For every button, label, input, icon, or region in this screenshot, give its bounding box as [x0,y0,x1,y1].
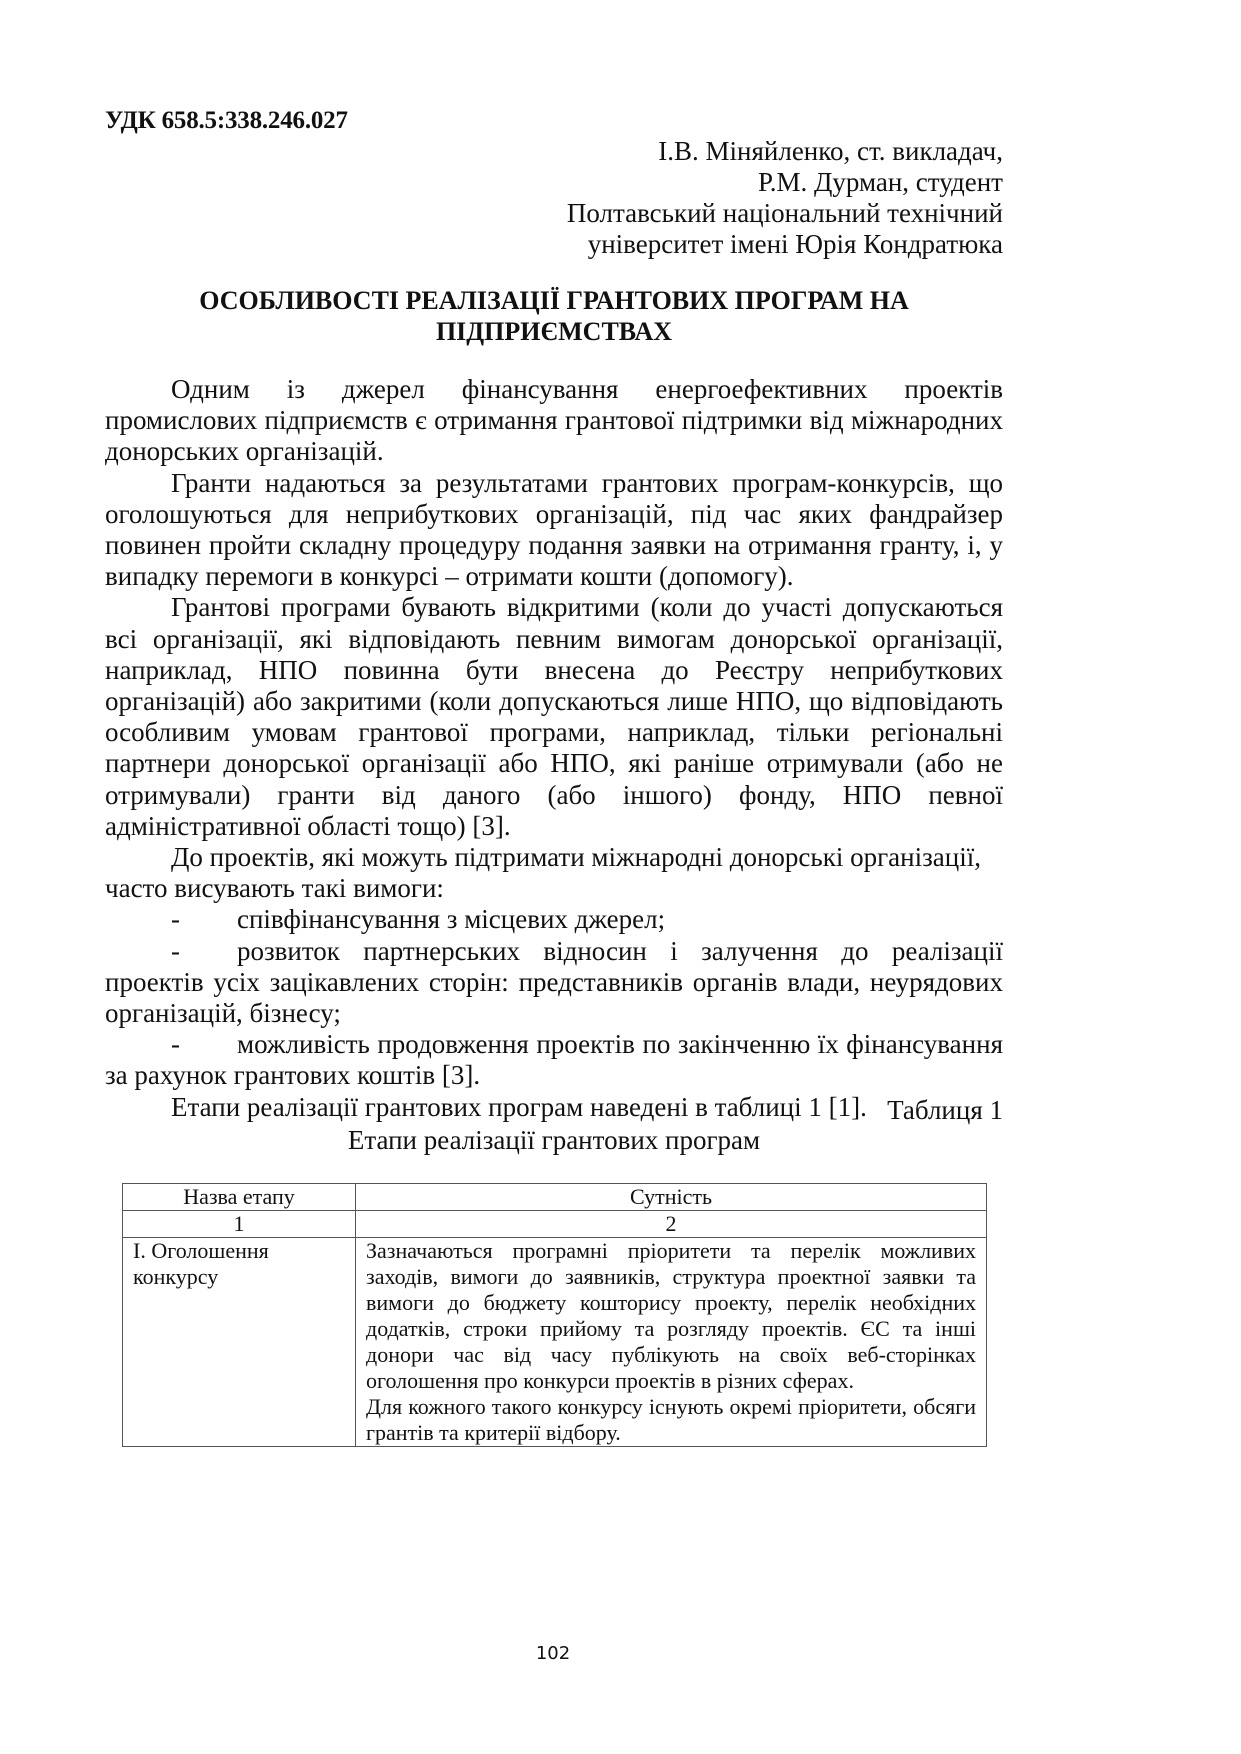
author-2: Р.М. Дурман, студент [567,167,1003,198]
author-1: І.В. Міняйленко, ст. викладач, [567,136,1003,167]
table-caption: Етапи реалізації грантових програм [105,1125,1003,1156]
stage-name-cell: І. Оголошення конкурсу [123,1238,356,1447]
list-dash: - [171,904,237,935]
stages-table: Назва етапу Сутність 1 2 І. Оголошення к… [122,1183,987,1447]
requirement-text: розвиток партнерських відносин і залучен… [105,936,1003,1028]
paragraph-2: Гранти надаються за результатами грантов… [105,468,1003,593]
paragraph-1: Одним із джерел фінансування енергоефект… [105,374,1003,468]
title-line-2: ПІДПРИЄМСТВАХ [105,316,1003,347]
requirement-item-3: -можливість продовження проектів по закі… [105,1029,1003,1091]
paragraph-3: Грантові програми бувають відкритими (ко… [105,592,1003,842]
authors-block: І.В. Міняйленко, ст. викладач, Р.М. Дурм… [567,136,1003,260]
udk-code: УДК 658.5:338.246.027 [105,107,348,135]
article-body: Одним із джерел фінансування енергоефект… [105,374,1003,1123]
table-number-label: Таблиця 1 [887,1095,1003,1126]
header-stage-name: Назва етапу [123,1184,356,1211]
article-title: ОСОБЛИВОСТІ РЕАЛІЗАЦІЇ ГРАНТОВИХ ПРОГРАМ… [105,285,1003,347]
requirement-text: співфінансування з місцевих джерел; [237,904,665,934]
title-line-1: ОСОБЛИВОСТІ РЕАЛІЗАЦІЇ ГРАНТОВИХ ПРОГРАМ… [105,285,1003,316]
affiliation-line-1: Полтавський національний технічний [567,198,1003,229]
essence-paragraph-1: Зазначаються програмні пріоритети та пер… [366,1238,976,1394]
closing-paragraph: Етапи реалізації грантових програм навед… [105,1092,1003,1123]
column-number-2: 2 [356,1211,987,1238]
table-header-row: Назва етапу Сутність [123,1184,987,1211]
affiliation-line-2: університет імені Юрія Кондратюка [567,229,1003,260]
column-number-1: 1 [123,1211,356,1238]
header-essence: Сутність [356,1184,987,1211]
paragraph-4-line-2: часто висувають такі вимоги: [105,873,1003,904]
requirement-item-2: -розвиток партнерських відносин і залуче… [105,936,1003,1030]
list-dash: - [171,936,237,967]
stage-essence-cell: Зазначаються програмні пріоритети та пер… [356,1238,987,1447]
list-dash: - [171,1029,237,1060]
requirement-text: можливість продовження проектів по закін… [105,1029,1003,1090]
page-number: 102 [0,1643,1106,1664]
paragraph-4-line-1: До проектів, які можуть підтримати міжна… [105,842,1003,873]
table-row: І. Оголошення конкурсу Зазначаються прог… [123,1238,987,1447]
essence-paragraph-2: Для кожного такого конкурсу існують окре… [366,1394,976,1446]
requirement-item-1: -співфінансування з місцевих джерел; [105,904,1003,935]
table-column-number-row: 1 2 [123,1211,987,1238]
